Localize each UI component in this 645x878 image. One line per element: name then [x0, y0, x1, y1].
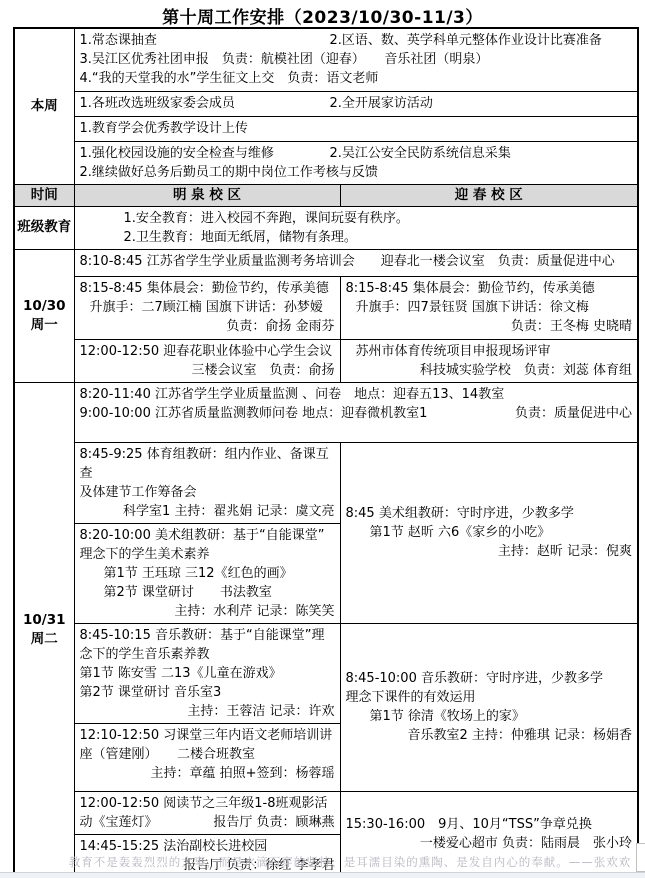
text-line: 主持：章蕴 拍照+签到：杨蓉瑶: [80, 764, 335, 783]
text-line: 8:20-11:40 江苏省学生学业质量监测 、问卷 地点：迎春五13、14教室: [80, 385, 633, 404]
week-line-6: 1.强化校园设施的安全检查与维修2.吴江公安全民防系统信息采集: [80, 144, 633, 163]
header-campus-yingchun: 迎 春 校 区: [340, 184, 638, 206]
text-line: 14:45-15:25 法治副校长进校园: [80, 837, 335, 856]
text-line: 三楼会议室 负责：俞扬: [80, 361, 335, 380]
tuesday-date: 10/31: [17, 611, 72, 630]
row-label-monday: 10/30 周一: [14, 249, 74, 382]
monday-date: 10/30: [17, 297, 72, 316]
week-line-5: 1.教育学会优秀教学设计上传: [80, 119, 633, 138]
text-line: 12:00-12:50 阅读节之三年级1-8班观影活: [80, 794, 335, 813]
cell-tue-music-mingquan: 8:45-10:15 音乐教研：基于“自能课堂”理 念下的学生音乐素养教 第1节…: [74, 623, 340, 723]
bottom-window-edge: [0, 872, 645, 878]
text-line: 第1节 赵昕 六6《家乡的小吃》: [346, 523, 633, 542]
text-line: 8:45-10:00 音乐教研：守时序进，少教多学: [346, 669, 633, 688]
cell-mon-assembly-yingchun: 8:15-8:45 集体晨会：勤俭节约，传承美德 升旗手：四7景钰贤 国旗下讲话…: [340, 276, 638, 339]
text-line: 负责：王冬梅 史晓晴: [346, 317, 633, 336]
corner-artifact: [636, 843, 645, 872]
cell-mon-noon-mingquan: 12:00-12:50 迎春花职业体验中心学生会议 三楼会议室 负责：俞扬: [74, 339, 340, 382]
row-label-class-education: 班级教育: [14, 206, 74, 249]
cell-week-general: 1.常态课抽查2.区语、数、英学科单元整体作业设计比赛准备 3.吴江区优秀社团申…: [74, 28, 638, 91]
text-line: 动《宝莲灯》报告厅 负责：顾琳燕: [80, 813, 335, 832]
text-line: 第2节 课堂研讨 音乐室3: [80, 683, 335, 702]
text-line: 科技城实验学校 负责：刘蕊 体育组: [346, 361, 633, 380]
cell-week-teaching: 1.教育学会优秀教学设计上传: [74, 116, 638, 141]
class-edu-line-2: 2.卫生教育：地面无纸屑，储物有条理。: [80, 228, 633, 247]
text-line: 9:00-10:00 江苏省质量监测教师问卷 地点：迎春微机教室1负责：质量促进…: [80, 404, 633, 423]
text-line: 念下的学生音乐素养教: [80, 645, 335, 664]
header-campus-mingquan: 明 泉 校 区: [74, 184, 340, 206]
cell-class-education: 1.安全教育：进入校园不奔跑，课间玩耍有秩序。 2.卫生教育：地面无纸屑，储物有…: [74, 206, 638, 249]
text-line: 一楼爱心超市 负责：陆雨晨 张小玲: [346, 834, 633, 853]
page-title: 第十周工作安排（2023/10/30-11/3）: [0, 3, 645, 28]
tuesday-day: 周二: [17, 630, 72, 649]
text-line: 第2节 课堂研讨 书法教室: [80, 583, 335, 602]
text-line: 主持：赵昕 记录：倪爽: [346, 542, 633, 561]
class-edu-line-1: 1.安全教育：进入校园不奔跑，课间玩耍有秩序。: [80, 209, 633, 228]
text-line: 理念下课件的有效运用: [346, 688, 633, 707]
cell-tue-xiketang-training: 12:10-12:50 习课堂三年内语文老师培训讲 座（管建刚） 二楼合班教室 …: [74, 723, 340, 791]
text-line: 苏州市体育传统项目申报现场评审: [346, 342, 633, 361]
text-line: 及体建节工作筹备会: [80, 483, 335, 502]
text-line: 第1节 王珏琼 三12《红色的画》: [80, 564, 335, 583]
header-time: 时间: [14, 184, 74, 206]
text-line: 第1节 陈安雪 二13《儿童在游戏》: [80, 664, 335, 683]
text-line: 升旗手：四7景钰贤 国旗下讲话：徐文梅: [346, 298, 633, 317]
text-line: 8:15-8:45 集体晨会：勤俭节约，传承美德: [80, 279, 335, 298]
monday-day: 周一: [17, 316, 72, 335]
cell-tue-reading-festival: 12:00-12:50 阅读节之三年级1-8班观影活 动《宝莲灯》报告厅 负责：…: [74, 791, 340, 834]
cell-tue-monitoring: 8:20-11:40 江苏省学生学业质量监测 、问卷 地点：迎春五13、14教室…: [74, 382, 638, 442]
text-line: 科学室1 主持：翟兆娟 记录：虞文亮: [80, 502, 335, 521]
text-line: 8:15-8:45 集体晨会：勤俭节约，传承美德: [346, 279, 633, 298]
text-line: 座（管建刚） 二楼合班教室: [80, 745, 335, 764]
text-line: 理念下的学生美术素养: [80, 545, 335, 564]
text-line: 8:45-9:25 体育组教研：组内作业、备课互查: [80, 445, 335, 483]
text-line: 8:45 美术组教研：守时序进，少教多学: [346, 504, 633, 523]
text-line: 升旗手：二7顾江楠 国旗下讲话：孙梦嫒: [80, 298, 335, 317]
text-line: 第1节 徐清《牧场上的家》: [346, 707, 633, 726]
cell-mon-noon-yingchun: 苏州市体育传统项目申报现场评审 科技城实验学校 负责：刘蕊 体育组: [340, 339, 638, 382]
footer-quote: 教育不是轰轰烈烈的大事，而是水滴石穿的坚持、是耳濡目染的熏陶、是发自内心的奉献。…: [55, 854, 645, 870]
cell-tue-pe-research: 8:45-9:25 体育组教研：组内作业、备课互查 及体建节工作筹备会 科学室1…: [74, 442, 340, 523]
cell-week-moral: 1.各班改选班级家委会成员2.全开展家访活动: [74, 91, 638, 116]
schedule-table: 本周 1.常态课抽查2.区语、数、英学科单元整体作业设计比赛准备 3.吴江区优秀…: [13, 27, 639, 878]
text-line: 12:00-12:50 迎春花职业体验中心学生会议: [80, 342, 335, 361]
week-line-4: 1.各班改选班级家委会成员2.全开展家访活动: [80, 94, 633, 113]
cell-mon-assembly-mingquan: 8:15-8:45 集体晨会：勤俭节约，传承美德 升旗手：二7顾江楠 国旗下讲话…: [74, 276, 340, 339]
text-line: 8:45-10:15 音乐教研：基于“自能课堂”理: [80, 626, 335, 645]
cell-tue-art-mingquan: 8:20-10:00 美术组教研：基于“自能课堂” 理念下的学生美术素养 第1节…: [74, 523, 340, 623]
text-line: 主持：水利芹 记录：陈笑笑: [80, 602, 335, 621]
week-line-3: 4.“我的天堂我的水”学生征文上交 负责：语文老师: [80, 69, 633, 88]
text-line: 15:30-16:00 9月、10月“TSS”争章兑换: [346, 815, 633, 834]
text-line: 音乐教室2 主持：仲雅琪 记录：杨娟香: [346, 726, 633, 745]
row-label-this-week: 本周: [14, 28, 74, 184]
cell-tue-art-yingchun: 8:45 美术组教研：守时序进，少教多学 第1节 赵昕 六6《家乡的小吃》 主持…: [340, 442, 638, 623]
row-label-tuesday: 10/31 周二: [14, 382, 74, 878]
cell-week-safety: 1.强化校园设施的安全检查与维修2.吴江公安全民防系统信息采集 2.继续做好总务…: [74, 141, 638, 184]
text-line: 主持：王蓉洁 记录：许欢: [80, 702, 335, 721]
week-line-1: 1.常态课抽查2.区语、数、英学科单元整体作业设计比赛准备: [80, 31, 633, 50]
cell-mon-training: 8:10-8:45 江苏省学生学业质量监测考务培训会 迎春北一楼会议室 负责：质…: [74, 249, 638, 276]
cell-tue-music-yingchun: 8:45-10:00 音乐教研：守时序进，少教多学 理念下课件的有效运用 第1节…: [340, 623, 638, 791]
text-line: 12:10-12:50 习课堂三年内语文老师培训讲: [80, 726, 335, 745]
text-line: 负责：俞扬 金雨芬: [80, 317, 335, 336]
week-line-7: 2.继续做好总务后勤员工的期中岗位工作考核与反馈: [80, 163, 633, 182]
text-line: 8:20-10:00 美术组教研：基于“自能课堂”: [80, 526, 335, 545]
week-line-2: 3.吴江区优秀社团申报 负责：航模社团（迎春） 音乐社团（明泉）: [80, 50, 633, 69]
